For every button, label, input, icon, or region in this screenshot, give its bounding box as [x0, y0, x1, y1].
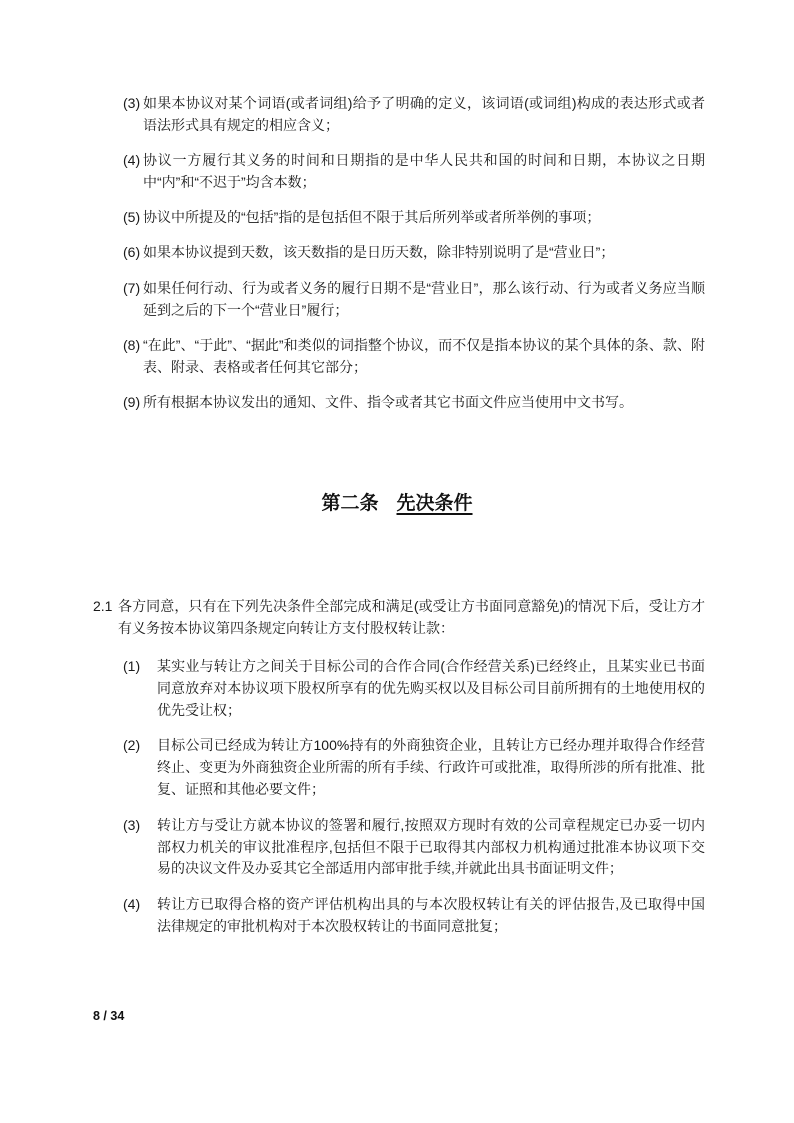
list-item: (4) 协议一方履行其义务的时间和日期指的是中华人民共和国的时间和日期，本协议之…	[123, 150, 705, 194]
clause-text: 各方同意，只有在下列先决条件全部完成和满足(或受让方书面同意豁免)的情况下后，受…	[118, 596, 705, 640]
conditions-list: (1) 某实业与转让方之间关于目标公司的合作合同(合作经营关系)已经终止，且某实…	[123, 656, 705, 952]
clause-number: 2.1	[93, 596, 118, 640]
clause-2-1: 2.1 各方同意，只有在下列先决条件全部完成和满足(或受让方书面同意豁免)的情况…	[93, 596, 705, 640]
item-number: (6)	[123, 242, 143, 264]
item-number: (3)	[123, 815, 157, 880]
list-item: (4) 转让方已取得合格的资产评估机构出具的与本次股权转让有关的评估报告,及已取…	[123, 894, 705, 938]
list-item: (6) 如果本协议提到天数，该天数指的是日历天数，除非特别说明了是“营业日”；	[123, 242, 705, 264]
item-text: 如果本协议提到天数，该天数指的是日历天数，除非特别说明了是“营业日”；	[143, 242, 705, 264]
item-number: (2)	[123, 735, 157, 800]
item-number: (1)	[123, 656, 157, 721]
item-text: 如果任何行动、行为或者义务的履行日期不是“营业日”，那么该行动、行为或者义务应当…	[143, 278, 705, 322]
item-number: (4)	[123, 894, 157, 938]
list-item: (3) 转让方与受让方就本协议的签署和履行,按照双方现时有效的公司章程规定已办妥…	[123, 815, 705, 880]
item-text: 某实业与转让方之间关于目标公司的合作合同(合作经营关系)已经终止，且某实业已书面…	[157, 656, 705, 721]
item-text: 目标公司已经成为转让方100%持有的外商独资企业，且转让方已经办理并取得合作经营…	[157, 735, 705, 800]
document-page: (3) 如果本协议对某个词语(或者词组)给予了明确的定义，该词语(或词组)构成的…	[0, 0, 794, 1123]
item-text: 所有根据本协议发出的通知、文件、指令或者其它书面文件应当使用中文书写。	[143, 392, 705, 414]
list-item: (8) “在此”、“于此”、“据此”和类似的词指整个协议，而不仅是指本协议的某个…	[123, 335, 705, 379]
item-number: (4)	[123, 150, 143, 194]
list-item: (9) 所有根据本协议发出的通知、文件、指令或者其它书面文件应当使用中文书写。	[123, 392, 705, 414]
page-number: 8 / 34	[93, 1006, 124, 1028]
item-number: (9)	[123, 392, 143, 414]
section-title: 先决条件	[397, 493, 473, 514]
list-item: (5) 协议中所提及的“包括”指的是包括但不限于其后所列举或者所举例的事项；	[123, 207, 705, 229]
list-item: (7) 如果任何行动、行为或者义务的履行日期不是“营业日”，那么该行动、行为或者…	[123, 278, 705, 322]
section-heading: 第二条先决条件	[0, 490, 794, 517]
item-text: 协议中所提及的“包括”指的是包括但不限于其后所列举或者所举例的事项；	[143, 207, 705, 229]
item-text: 转让方已取得合格的资产评估机构出具的与本次股权转让有关的评估报告,及已取得中国法…	[157, 894, 705, 938]
item-text: 协议一方履行其义务的时间和日期指的是中华人民共和国的时间和日期，本协议之日期中“…	[143, 150, 705, 194]
list-item: (1) 某实业与转让方之间关于目标公司的合作合同(合作经营关系)已经终止，且某实…	[123, 656, 705, 721]
item-number: (8)	[123, 335, 143, 379]
item-number: (3)	[123, 93, 143, 137]
list-item: (3) 如果本协议对某个词语(或者词组)给予了明确的定义，该词语(或词组)构成的…	[123, 93, 705, 137]
item-number: (7)	[123, 278, 143, 322]
item-text: 如果本协议对某个词语(或者词组)给予了明确的定义，该词语(或词组)构成的表达形式…	[143, 93, 705, 137]
item-text: “在此”、“于此”、“据此”和类似的词指整个协议，而不仅是指本协议的某个具体的条…	[143, 335, 705, 379]
definitions-list: (3) 如果本协议对某个词语(或者词组)给予了明确的定义，该词语(或词组)构成的…	[123, 93, 705, 427]
list-item: (2) 目标公司已经成为转让方100%持有的外商独资企业，且转让方已经办理并取得…	[123, 735, 705, 800]
item-text: 转让方与受让方就本协议的签署和履行,按照双方现时有效的公司章程规定已办妥一切内部…	[157, 815, 705, 880]
section-number: 第二条	[321, 493, 378, 514]
item-number: (5)	[123, 207, 143, 229]
